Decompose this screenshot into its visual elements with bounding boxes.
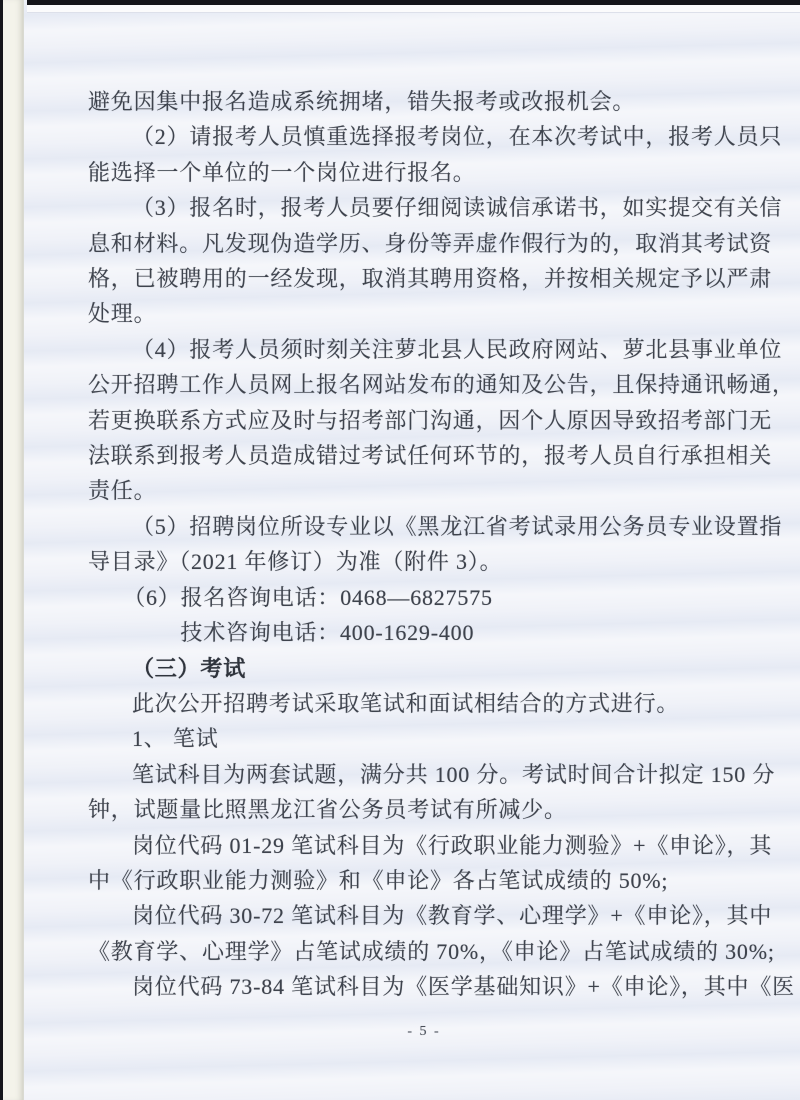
text-line: 公开招聘工作人员网上报名网站发布的通知及公告，且保持通讯畅通， xyxy=(88,367,764,402)
page-binding-strip xyxy=(3,0,24,1100)
text-line: 能选择一个单位的一个岗位进行报名。 xyxy=(88,155,764,190)
text-line: （3）报名时，报考人员要仔细阅读诚信承诺书，如实提交有关信 xyxy=(88,190,764,225)
text-line: 钟，试题量比照黑龙江省公务员考试有所减少。 xyxy=(88,792,764,827)
section-heading: （三）考试 xyxy=(88,651,764,686)
text-line: 笔试科目为两套试题，满分共 100 分。考试时间合计拟定 150 分 xyxy=(88,757,764,792)
text-line: 息和材料。凡发现伪造学历、身份等弄虚作假行为的，取消其考试资 xyxy=(88,226,764,261)
text-line: 岗位代码 01-29 笔试科目为《行政职业能力测验》+《申论》，其 xyxy=(88,828,764,863)
document-body: 避免因集中报名造成系统拥堵，错失报考或改报机会。（2）请报考人员慎重选择报考岗位… xyxy=(88,84,764,1005)
text-line: （5）招聘岗位所设专业以《黑龙江省考试录用公务员专业设置指 xyxy=(88,509,764,544)
text-line: 法联系到报考人员造成错过考试任何环节的，报考人员自行承担相关 xyxy=(88,438,764,473)
text-line: 此次公开招聘考试采取笔试和面试相结合的方式进行。 xyxy=(88,686,764,721)
text-line: （4）报考人员须时刻关注萝北县人民政府网站、萝北县事业单位 xyxy=(88,332,764,367)
text-line: 技术咨询电话：400-1629-400 xyxy=(88,615,764,650)
text-line: 导目录》（2021 年修订）为准（附件 3）。 xyxy=(88,544,764,579)
text-line: 《教育学、心理学》占笔试成绩的 70%，《申论》占笔试成绩的 30%; xyxy=(88,934,764,969)
text-line: （6）报名咨询电话：0468—6827575 xyxy=(88,580,764,615)
text-line: 责任。 xyxy=(88,473,764,508)
page-number: - 5 - xyxy=(88,1024,760,1040)
text-line: 避免因集中报名造成系统拥堵，错失报考或改报机会。 xyxy=(88,84,764,119)
text-line: 1、 笔试 xyxy=(88,721,764,756)
page-top-edge xyxy=(27,5,800,13)
text-line: 格，已被聘用的一经发现，取消其聘用资格，并按相关规定予以严肃 xyxy=(88,261,764,296)
text-line: 岗位代码 30-72 笔试科目为《教育学、心理学》+《申论》，其中 xyxy=(88,898,764,933)
text-line: 中《行政职业能力测验》和《申论》各占笔试成绩的 50%; xyxy=(88,863,764,898)
text-line: 处理。 xyxy=(88,296,764,331)
text-line: 岗位代码 73-84 笔试科目为《医学基础知识》+《申论》，其中《医 xyxy=(88,969,764,1004)
text-line: 若更换联系方式应及时与招考部门沟通，因个人原因导致招考部门无 xyxy=(88,403,764,438)
text-line: （2）请报考人员慎重选择报考岗位，在本次考试中，报考人员只 xyxy=(88,119,764,154)
